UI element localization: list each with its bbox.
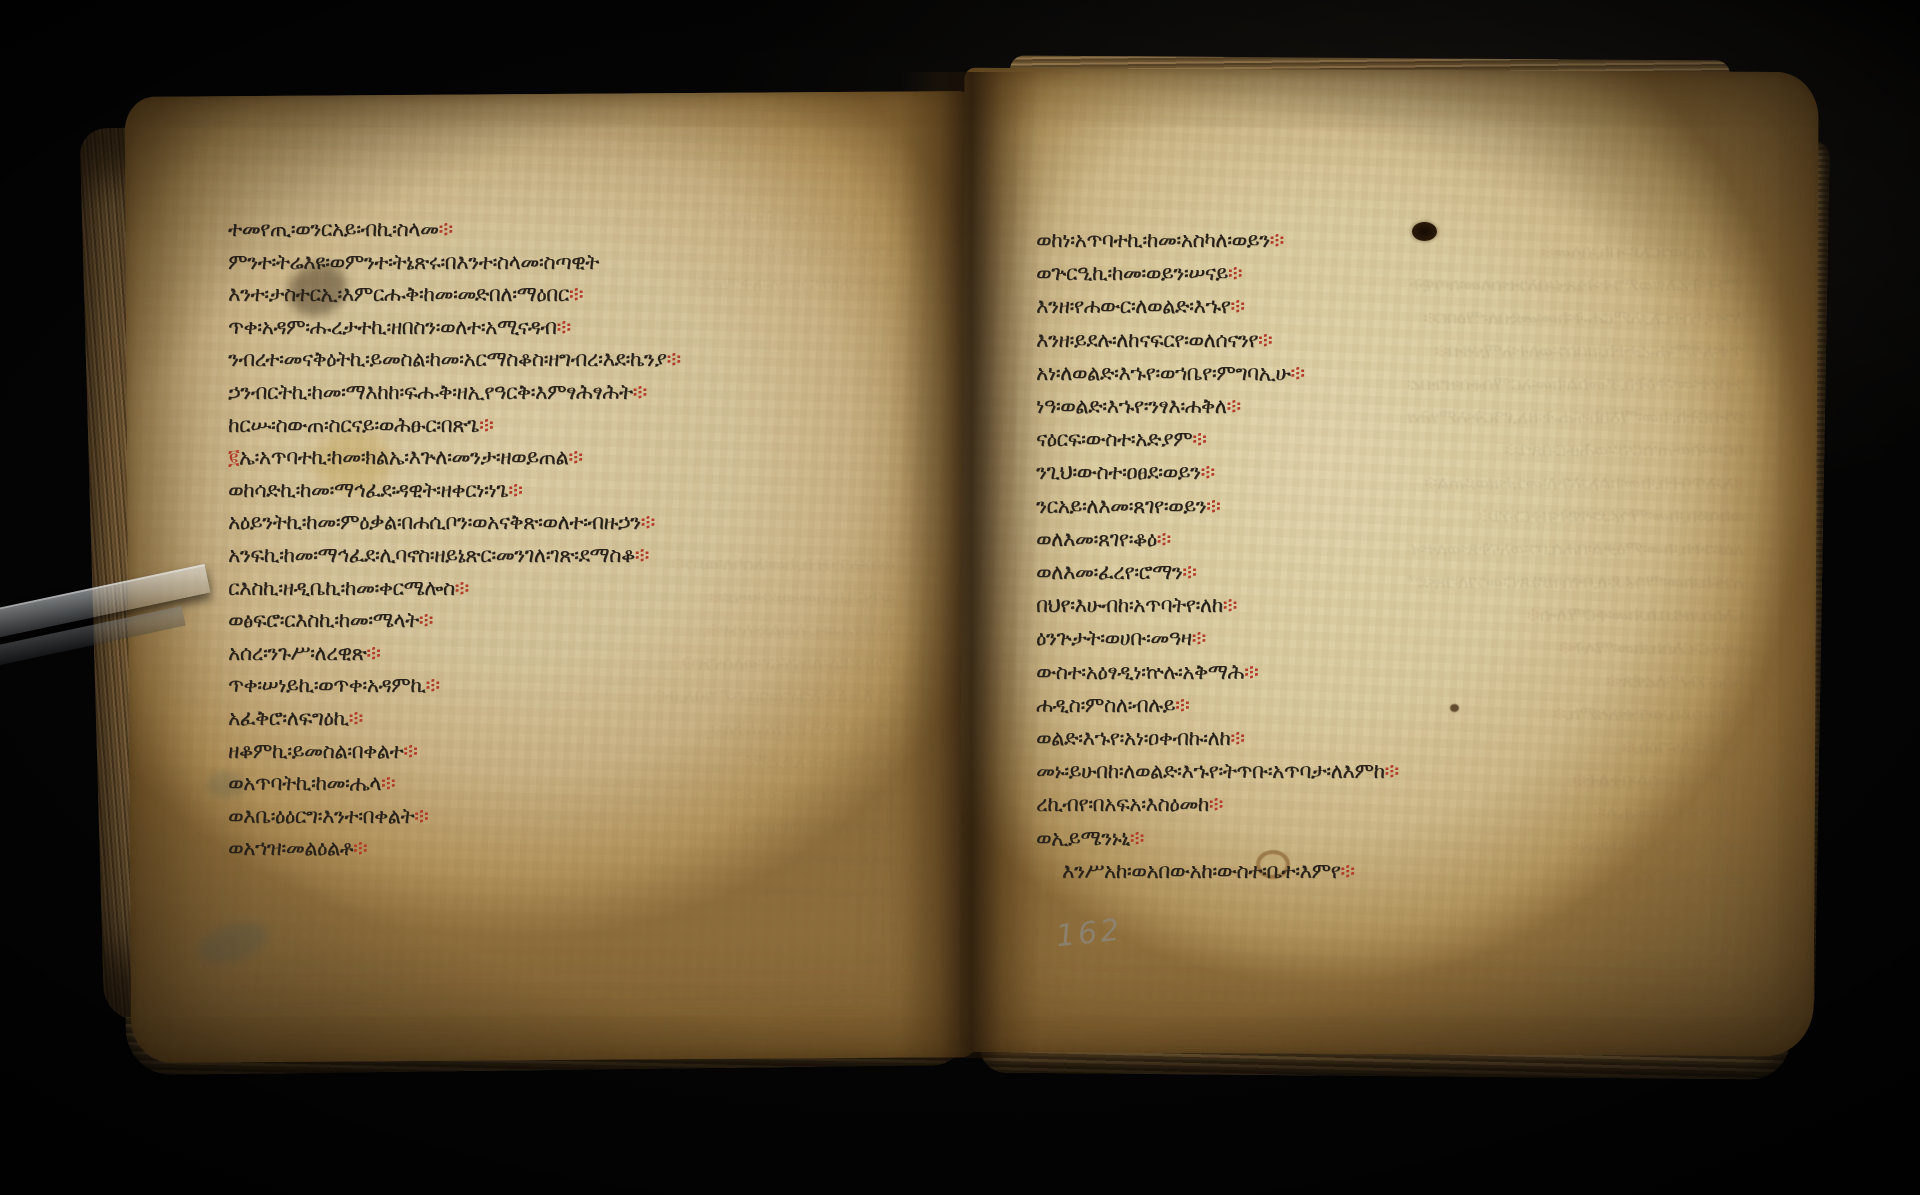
manuscript-line: ወአኀዝ፡መልዕልቶ፨ bbox=[228, 832, 918, 865]
rubric-mark: ፨ bbox=[1175, 693, 1189, 717]
manuscript-line: መኑ፡ይሁበከ፡ለወልድ፡እኁየ፡ትጥቡ፡አጥባታ፡ለእምከ፨ bbox=[1036, 755, 1766, 788]
manuscript-line: ወኢይሜንኑኒ፨ bbox=[1036, 822, 1766, 855]
rubric-mark: ፨ bbox=[556, 315, 570, 339]
manuscript-line: ነዓ፡ወልድ፡እኁየ፡ንፃእ፡ሐቅለ፨ bbox=[1036, 390, 1766, 423]
rubric-mark: ፨ bbox=[1206, 494, 1220, 518]
rubric-mark: ፨ bbox=[425, 673, 439, 697]
rubric-mark: ፨ bbox=[1258, 328, 1272, 352]
manuscript-line: ርእስኪ፡ዘዲቤኪ፡ከመ፡ቀርሜሎስ፨ bbox=[228, 572, 918, 605]
rubric-mark: ፨ bbox=[353, 836, 367, 860]
manuscript-line: አዕይንትኪ፡ከመ፡ምዕቃል፡በሐሲቦን፡ወአናቅጽ፡ወለተ፡ብዙኃን፨ bbox=[228, 506, 918, 539]
rubric-mark: ፨ bbox=[569, 282, 583, 306]
manuscript-line: ተመየጢ፡ወንርአይ፡ብኪ፡ስላመ፨ bbox=[228, 213, 918, 246]
rubric-mark: ፨ bbox=[1226, 394, 1240, 418]
manuscript-line: ወአጥባትኪ፡ከመ፡ሔላ፨ bbox=[228, 767, 918, 800]
manuscript-line: ወልድ፡እኁየ፡አነ፡ዐቀብኩ፡ለከ፨ bbox=[1036, 722, 1766, 755]
manuscript-line: እንዘ፡የሐውር፡ለወልድ፡እኁየ፨ bbox=[1036, 290, 1766, 323]
manuscript-line: አሰረ፡ንጉሥ፡ለረዊጽ፨ bbox=[228, 637, 918, 670]
rubric-mark: ፨ bbox=[635, 543, 649, 567]
rubric-mark: ፨ bbox=[568, 445, 582, 469]
rubric-mark: ፨ bbox=[1130, 826, 1144, 850]
manuscript-line: አነ፡ለወልድ፡እኁየ፡ወኀቤየ፡ምግባኢሁ፨ bbox=[1036, 357, 1766, 390]
manuscript-line: ምንተ፡ትሬእዩ፡ወምንተ፡ትኔጽሩ፡በእንተ፡ስላመ፡ስጣዊት bbox=[228, 246, 918, 279]
manuscript-line: ከርሡ፡ስውጠ፡ስርናይ፡ወሕፁር፡በጽጌ፨ bbox=[228, 409, 918, 442]
rubric-mark: ፨ bbox=[1385, 759, 1399, 783]
manuscript-line: ወጕርዒኪ፡ከመ፡ወይን፡ሠናይ፨ bbox=[1036, 257, 1766, 290]
manuscript-line: ወከሳድኪ፡ከመ፡ማኅፈደ፡ዳዊት፡ዘቀርነ፡ነጌ፨ bbox=[228, 474, 918, 507]
manuscript-line: ወለእመ፡ፈረየ፡ሮማን፨ bbox=[545, 878, 895, 898]
rubric-mark: ፨ bbox=[750, 883, 763, 898]
rubric-mark: ፨ bbox=[438, 217, 452, 241]
rubric-mark: ፨ bbox=[1157, 527, 1171, 551]
rubric-mark: ፨ bbox=[455, 576, 469, 600]
manuscript-line: ወፅፍሮ፡ርእስኪ፡ከመ፡ሜላት፨ bbox=[228, 604, 918, 637]
rubric-mark: ፨ bbox=[366, 641, 380, 665]
rubric-mark: ፨ bbox=[1201, 460, 1215, 484]
rubric-mark: ፨ bbox=[419, 608, 433, 632]
manuscript-line: ወለእመ፡ጸገየ፡ቆዕ፨ bbox=[1036, 523, 1766, 556]
rubric-mark: ፨ bbox=[666, 347, 680, 371]
rubric-mark: ፨ bbox=[1340, 859, 1354, 883]
manuscript-line: ጥቀ፡ሠነይኪ፡ወጥቀ፡አዳምኪ፨ bbox=[228, 669, 918, 702]
manuscript-line: ኃንብርትኪ፡ከመ፡ማእከከ፡ፍሑቅ፡ዘኢየዓርቅ፡እምፃሕፃሕት፨ bbox=[228, 376, 918, 409]
manuscript-line: አንፍኪ፡ከመ፡ማኅፈደ፡ሊባኖስ፡ዘይኔጽር፡መንገለ፡ገጽ፡ደማስቆ፨ bbox=[228, 539, 918, 572]
manuscript-line: ሐዲስ፡ምስለ፡ብሉይ፨ bbox=[1036, 689, 1766, 722]
manuscript-line: ወእቤ፡ዕዕርግ፡እንተ፡በቀልት፨ bbox=[228, 800, 918, 833]
rubric-mark: ፨ bbox=[1290, 361, 1304, 385]
rubric-mark: ፪ bbox=[228, 445, 239, 469]
rubric-mark: ፨ bbox=[1230, 294, 1244, 318]
rubric-mark: ፨ bbox=[403, 739, 417, 763]
rubric-mark: ፨ bbox=[1209, 792, 1223, 816]
manuscript-line: እንሥአከ፡ወአበውአከ፡ውስተ፡ቤተ፡እምየ፨ bbox=[1036, 855, 1766, 888]
left-page-text: ተመየጢ፡ወንርአይ፡ብኪ፡ስላመ፨ምንተ፡ትሬእዩ፡ወምንተ፡ትኔጽሩ፡በእን… bbox=[228, 213, 918, 865]
rubric-mark: ፨ bbox=[1230, 726, 1244, 750]
rubric-mark: ፨ bbox=[1270, 228, 1284, 252]
manuscript-line: ፪ኤ፡አጥባተኪ፡ከመ፡ክልኤ፡እጕለ፡መንታ፡ዘወይጠል፨ bbox=[228, 441, 918, 474]
manuscript-line: ንብረተ፡መናቅዕትኪ፡ይመስል፡ከመ፡አርማስቆስ፡ዘግብረ፡እደ፡ኬንያ፨ bbox=[228, 343, 918, 376]
pencil-page-number: 162 bbox=[1054, 913, 1124, 955]
manuscript-line: አፈቅሮ፡ለፍግዕኪ፨ bbox=[228, 702, 918, 735]
rubric-mark: ፨ bbox=[641, 510, 655, 534]
manuscript-line: ወከነ፡አጥባተኪ፡ከመ፡አስካለ፡ወይን፨ bbox=[1036, 224, 1766, 257]
manuscript-line: ጥቀ፡አዳም፡ሑረታተኪ፡ዘበስን፡ወለተ፡አሚናዳብ፨ bbox=[228, 311, 918, 344]
book-gutter bbox=[900, 72, 1040, 1058]
rubric-mark: ፨ bbox=[1182, 560, 1196, 584]
rubric-mark: ፨ bbox=[414, 804, 428, 828]
right-page-text: ወከነ፡አጥባተኪ፡ከመ፡አስካለ፡ወይን፨ወጕርዒኪ፡ከመ፡ወይን፡ሠናይ፨እ… bbox=[1036, 224, 1766, 888]
rubric-mark: ፨ bbox=[479, 413, 493, 437]
manuscript-line: ንርአይ፡ለእመ፡ጸገየ፡ወይን፨ bbox=[1036, 490, 1766, 523]
manuscript-line: እንዘ፡ይደሉ፡ለከናፍርየ፡ወለሰናንየ፨ bbox=[1036, 324, 1766, 357]
manuscript-line: ረኪብየ፡በአፍአ፡እስዕመከ፨ bbox=[1036, 788, 1766, 821]
rubric-mark: ፨ bbox=[508, 478, 522, 502]
rubric-mark: ፨ bbox=[349, 706, 363, 730]
rubric-mark: ፨ bbox=[381, 771, 395, 795]
rubric-mark: ፨ bbox=[633, 380, 647, 404]
manuscript-line: እንተ፡ታስተርኢ፡እምርሑቅ፡ከመ፡መድበለ፡ማዕበር፨ bbox=[228, 278, 918, 311]
manuscript-line: ናዕርፍ፡ውስተ፡አድያም፨ bbox=[1036, 423, 1766, 456]
rubric-mark: ፨ bbox=[1192, 626, 1206, 650]
photograph-background: በህየ፡እሁብከ፡አጥባትየ፡ለከ፨ዕንጕታት፡ወሀቡ፡መዓዛ፨ውስተ፡አዕፃዲ… bbox=[0, 0, 1920, 1195]
manuscript-line: ንጊህ፡ውስተ፡ዐፀደ፡ወይን፨ bbox=[1036, 456, 1766, 489]
manuscript-line: ዕንጕታት፡ወሀቡ፡መዓዛ፨ bbox=[1036, 622, 1766, 655]
manuscript-line: ውስተ፡አዕፃዲነ፡ኵሉ፡አቅማሕ፨ bbox=[1036, 656, 1766, 689]
manuscript-line: ዘቆምኪ፡ይመስል፡በቀልተ፨ bbox=[228, 735, 918, 768]
manuscript-line: በህየ፡እሁብከ፡አጥባትየ፡ለከ፨ bbox=[1036, 589, 1766, 622]
rubric-mark: ፨ bbox=[1244, 660, 1258, 684]
rubric-mark: ፨ bbox=[1228, 261, 1242, 285]
manuscript-line: ወለእመ፡ፈረየ፡ሮማን፨ bbox=[1036, 556, 1766, 589]
rubric-mark: ፨ bbox=[1192, 427, 1206, 451]
rubric-mark: ፨ bbox=[1223, 593, 1237, 617]
